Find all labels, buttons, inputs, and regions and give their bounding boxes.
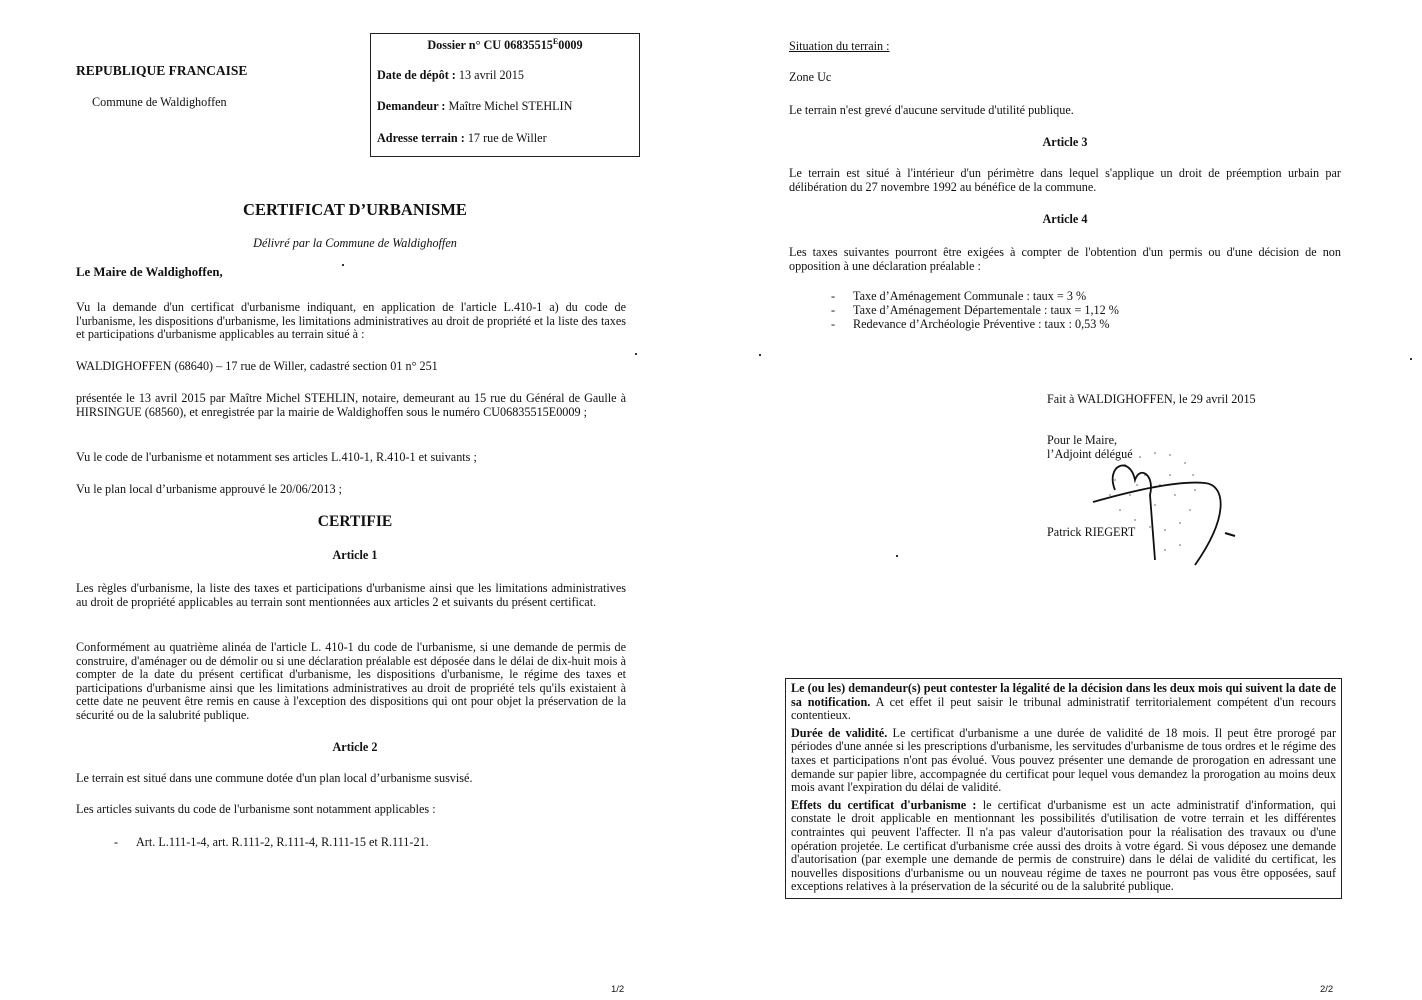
- certificate-title: CERTIFICAT D’URBANISME: [60, 200, 650, 220]
- effects-notice: Effets du certificat d'urbanisme : le ce…: [791, 799, 1336, 894]
- article-3-title: Article 3: [789, 135, 1341, 150]
- vu-demande-paragraph: Vu la demande d'un certificat d'urbanism…: [76, 301, 626, 342]
- article-1-paragraph-2: Conformément au quatrième alinéa de l'ar…: [76, 641, 626, 723]
- article-2-title: Article 2: [60, 740, 650, 755]
- signature-place-date: Fait à WALDIGHOFFEN, le 29 avril 2015: [1047, 392, 1256, 407]
- article-2-paragraph-2: Les articles suivants du code de l'urban…: [76, 802, 626, 817]
- bullet-dash: -: [789, 317, 853, 331]
- land-address-value: 17 rue de Willer: [465, 131, 547, 145]
- deposit-date: Date de dépôt : 13 avril 2015: [377, 68, 524, 83]
- scan-speck: [1410, 358, 1412, 360]
- vu-plan-paragraph: Vu le plan local d’urbanisme approuvé le…: [76, 482, 626, 497]
- dossier-label: Dossier n° CU 06835515: [427, 38, 553, 52]
- contest-notice-text: A cet effet il peut saisir le tribunal a…: [791, 695, 1336, 723]
- certificate-subtitle: Délivré par la Commune de Waldighoffen: [60, 236, 650, 251]
- mayor-heading: Le Maire de Waldighoffen,: [76, 265, 223, 280]
- signature-stamp-icon: [1085, 435, 1245, 570]
- article-3-paragraph: Le terrain est situé à l'intérieur d'un …: [789, 167, 1341, 194]
- terrain-location: WALDIGHOFFEN (68640) – 17 rue de Willer,…: [76, 359, 626, 374]
- servitude-text: Le terrain n'est grevé d'aucune servitud…: [789, 103, 1341, 118]
- dossier-suffix: 0009: [558, 38, 582, 52]
- contest-notice: Le (ou les) demandeur(s) peut contester …: [791, 682, 1336, 723]
- validity-notice-bold: Durée de validité.: [791, 726, 887, 740]
- presentee-paragraph: présentée le 13 avril 2015 par Maître Mi…: [76, 392, 626, 419]
- article-4-title: Article 4: [789, 212, 1341, 227]
- situation-heading: Situation du terrain :: [789, 39, 1341, 54]
- signatory-name: Patrick RIEGERT: [1047, 525, 1135, 540]
- land-address: Adresse terrain : 17 rue de Willer: [377, 131, 547, 146]
- article-1-title: Article 1: [60, 548, 650, 563]
- scan-speck: [759, 354, 761, 356]
- tax-list: -Taxe d’Aménagement Communale : taux = 3…: [789, 289, 1341, 331]
- legal-notice-box: Le (ou les) demandeur(s) peut contester …: [785, 678, 1342, 899]
- tax-item-text: Redevance d’Archéologie Préventive : tau…: [853, 317, 1110, 331]
- applicant-value: Maître Michel STEHLIN: [446, 99, 573, 113]
- bullet-dash: -: [789, 289, 853, 303]
- applicant: Demandeur : Maître Michel STEHLIN: [377, 99, 572, 114]
- zone-label: Zone Uc: [789, 70, 1341, 85]
- article-2-paragraph-1: Le terrain est situé dans une commune do…: [76, 771, 626, 786]
- page-number-1: 1/2: [611, 984, 624, 995]
- tax-item-text: Taxe d’Aménagement Communale : taux = 3 …: [853, 289, 1086, 303]
- article-2-item-text: Art. L.111-1-4, art. R.111-2, R.111-4, R…: [136, 835, 429, 850]
- scan-speck: [635, 353, 637, 355]
- bullet-dash: -: [789, 303, 853, 317]
- deposit-date-value: 13 avril 2015: [456, 68, 524, 82]
- deposit-date-label: Date de dépôt :: [377, 68, 456, 82]
- country-heading: REPUBLIQUE FRANCAISE: [76, 63, 247, 79]
- land-address-label: Adresse terrain :: [377, 131, 465, 145]
- article-1-paragraph-1: Les règles d'urbanisme, la liste des tax…: [76, 582, 626, 609]
- effects-notice-bold: Effets du certificat d'urbanisme :: [791, 798, 976, 812]
- tax-item-text: Taxe d’Aménagement Départementale : taux…: [853, 303, 1119, 317]
- effects-notice-text: le certificat d'urbanisme est un acte ad…: [791, 798, 1336, 894]
- vu-code-paragraph: Vu le code de l'urbanisme et notamment s…: [76, 450, 626, 465]
- scan-speck: [896, 555, 898, 557]
- validity-notice: Durée de validité. Le certificat d'urban…: [791, 727, 1336, 795]
- page-number-2: 2/2: [1320, 984, 1333, 995]
- bullet-dash: -: [76, 835, 136, 850]
- article-2-list-item: - Art. L.111-1-4, art. R.111-2, R.111-4,…: [76, 835, 626, 850]
- tax-item: -Taxe d’Aménagement Départementale : tau…: [789, 303, 1341, 317]
- certifie-heading: CERTIFIE: [60, 513, 650, 531]
- tax-item: -Redevance d’Archéologie Préventive : ta…: [789, 317, 1341, 331]
- commune-name: Commune de Waldighoffen: [92, 95, 227, 110]
- dossier-box: Dossier n° CU 06835515E0009 Date de dépô…: [370, 33, 640, 157]
- article-4-paragraph: Les taxes suivantes pourront être exigée…: [789, 246, 1341, 273]
- tax-item: -Taxe d’Aménagement Communale : taux = 3…: [789, 289, 1341, 303]
- scan-speck: [342, 264, 344, 266]
- dossier-number: Dossier n° CU 06835515E0009: [371, 37, 639, 53]
- applicant-label: Demandeur :: [377, 99, 446, 113]
